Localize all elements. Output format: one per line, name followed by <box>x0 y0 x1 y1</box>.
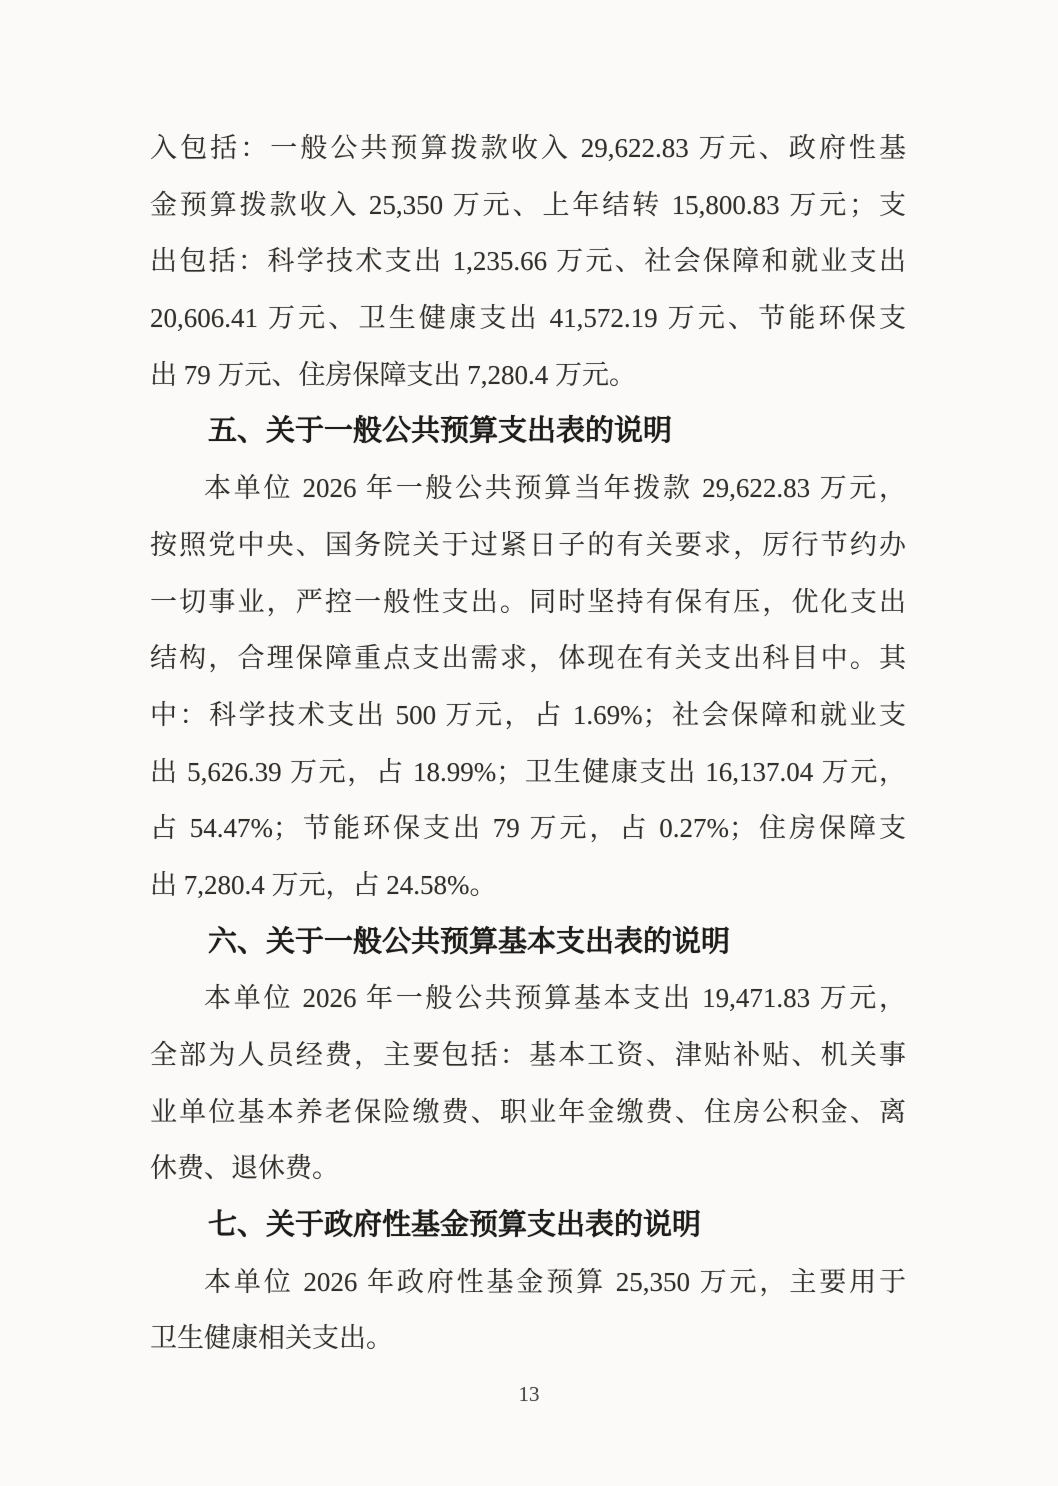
paragraph-line: 20,606.41 万元、卫生健康支出 41,572.19 万元、节能环保支 <box>150 290 906 347</box>
page-number: 13 <box>0 1380 1058 1408</box>
paragraph-line: 出 5,626.39 万元，占 18.99%；卫生健康支出 16,137.04 … <box>150 744 906 801</box>
paragraph-line: 本单位 2026 年政府性基金预算 25,350 万元，主要用于 <box>150 1254 906 1311</box>
paragraph-line: 卫生健康相关支出。 <box>150 1310 906 1367</box>
document-page: 入包括：一般公共预算拨款收入 29,622.83 万元、政府性基 金预算拨款收入… <box>0 0 1058 1486</box>
paragraph-line: 本单位 2026 年一般公共预算基本支出 19,471.83 万元， <box>150 970 906 1027</box>
paragraph-line: 中：科学技术支出 500 万元，占 1.69%；社会保障和就业支 <box>150 687 906 744</box>
section-5-general-public-budget-expenditure: 五、关于一般公共预算支出表的说明 本单位 2026 年一般公共预算当年拨款 29… <box>150 403 906 913</box>
section-heading: 五、关于一般公共预算支出表的说明 <box>150 403 906 460</box>
paragraph-line: 金预算拨款收入 25,350 万元、上年结转 15,800.83 万元；支 <box>150 177 906 234</box>
paragraph-line: 出包括：科学技术支出 1,235.66 万元、社会保障和就业支出 <box>150 233 906 290</box>
paragraph-line: 出 79 万元、住房保障支出 7,280.4 万元。 <box>150 347 906 404</box>
section-heading: 七、关于政府性基金预算支出表的说明 <box>150 1197 906 1254</box>
paragraph-line: 休费、退休费。 <box>150 1140 906 1197</box>
paragraph-line: 按照党中央、国务院关于过紧日子的有关要求，厉行节约办 <box>150 517 906 574</box>
paragraph-line: 结构，合理保障重点支出需求，体现在有关支出科目中。其 <box>150 630 906 687</box>
paragraph-line: 占 54.47%；节能环保支出 79 万元，占 0.27%；住房保障支 <box>150 800 906 857</box>
section-heading: 六、关于一般公共预算基本支出表的说明 <box>150 914 906 971</box>
section-7-government-fund-budget-expenditure: 七、关于政府性基金预算支出表的说明 本单位 2026 年政府性基金预算 25,3… <box>150 1197 906 1367</box>
document-text-block: 入包括：一般公共预算拨款收入 29,622.83 万元、政府性基 金预算拨款收入… <box>150 120 906 1367</box>
paragraph-line: 入包括：一般公共预算拨款收入 29,622.83 万元、政府性基 <box>150 120 906 177</box>
section-6-general-public-budget-basic-expenditure: 六、关于一般公共预算基本支出表的说明 本单位 2026 年一般公共预算基本支出 … <box>150 914 906 1197</box>
paragraph-line: 一切事业，严控一般性支出。同时坚持有保有压，优化支出 <box>150 574 906 631</box>
section-continuation-paragraph: 入包括：一般公共预算拨款收入 29,622.83 万元、政府性基 金预算拨款收入… <box>150 120 906 403</box>
paragraph-line: 本单位 2026 年一般公共预算当年拨款 29,622.83 万元， <box>150 460 906 517</box>
paragraph-line: 出 7,280.4 万元，占 24.58%。 <box>150 857 906 914</box>
paragraph-line: 全部为人员经费，主要包括：基本工资、津贴补贴、机关事 <box>150 1027 906 1084</box>
paragraph-line: 业单位基本养老保险缴费、职业年金缴费、住房公积金、离 <box>150 1084 906 1141</box>
